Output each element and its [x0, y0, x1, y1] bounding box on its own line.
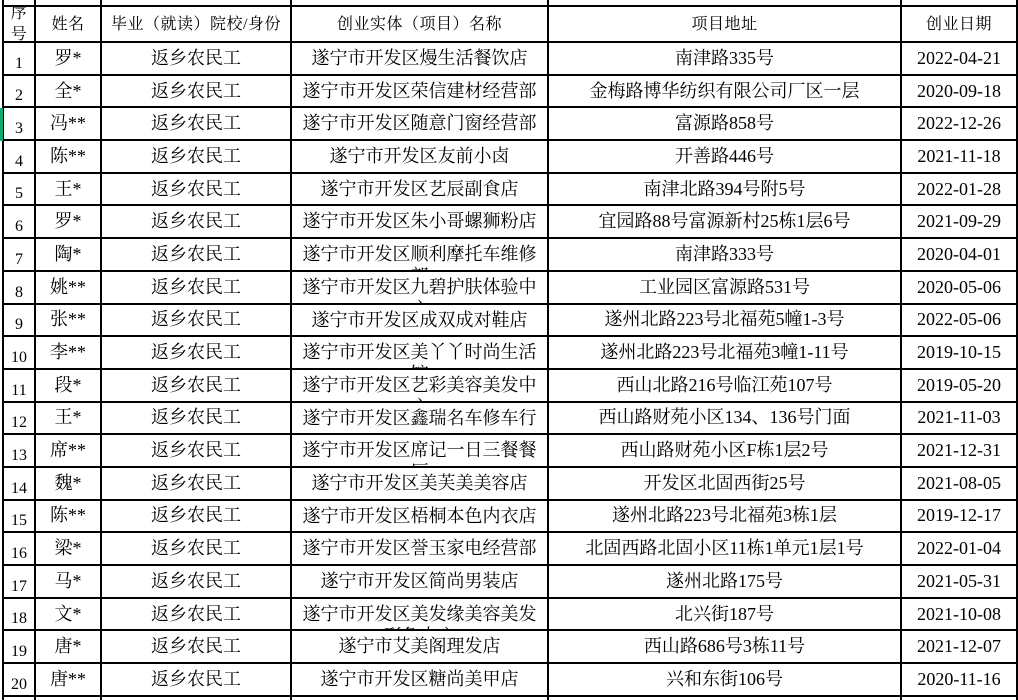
cell-index: 9: [4, 305, 36, 338]
cell-address: 北固西路北固小区11栋1单元1层1号: [549, 533, 902, 566]
cell-identity: 返乡农民工: [102, 206, 292, 239]
cell-index: 14: [4, 468, 36, 501]
cell-name: 罗*: [36, 43, 102, 76]
cell-date: 2020-05-06: [902, 272, 1018, 305]
cell-date: 2020-11-16: [902, 664, 1018, 697]
cell-identity: 返乡农民工: [102, 305, 292, 338]
cell-address: 西山路686号3栋11号: [549, 631, 902, 664]
spreadsheet-view: 序号姓名毕业（就读）院校/身份创业实体（项目）名称项目地址创业日期1罗*返乡农民…: [0, 0, 1018, 700]
table-row: 19唐*返乡农民工遂宁市艾美阁理发店西山路686号3栋11号2021-12-07: [4, 631, 1016, 664]
table-row: 14魏*返乡农民工遂宁市开发区美芙美美容店开发区北固西街25号2021-08-0…: [4, 468, 1016, 501]
cell-name: 陈**: [36, 141, 102, 174]
cell-entity: 遂宁市开发区成双成对鞋店: [292, 305, 549, 338]
table-row: 20唐**返乡农民工遂宁市开发区糖尚美甲店兴和东街106号2020-11-16: [4, 664, 1016, 697]
cell-name: 陶*: [36, 239, 102, 272]
partial-cell: [292, 0, 549, 7]
cell-address: 西山路财苑小区F栋1层2号: [549, 435, 902, 468]
cell-entity: 遂宁市开发区艺辰副食店: [292, 174, 549, 207]
cell-index: 6: [4, 206, 36, 239]
table-row: 6罗*返乡农民工遂宁市开发区朱小哥螺狮粉店宜园路88号富源新村25栋1层6号20…: [4, 206, 1016, 239]
cell-identity: 返乡农民工: [102, 533, 292, 566]
cell-address: 富源路858号: [549, 108, 902, 141]
cell-date: 2019-05-20: [902, 370, 1018, 403]
cell-entity: 遂宁市开发区糖尚美甲店: [292, 664, 549, 697]
startup-records-table: 序号姓名毕业（就读）院校/身份创业实体（项目）名称项目地址创业日期1罗*返乡农民…: [2, 0, 1016, 700]
cell-entity: 遂宁市开发区熳生活餐饮店: [292, 43, 549, 76]
table-row: 13席**返乡农民工遂宁市开发区席记一日三餐餐 厅西山路财苑小区F栋1层2号20…: [4, 435, 1016, 468]
table-row: 8姚**返乡农民工遂宁市开发区九碧护肤体验中 心工业园区富源路531号2020-…: [4, 272, 1016, 305]
cell-index: 19: [4, 631, 36, 664]
table-row: 16梁*返乡农民工遂宁市开发区誉玉家电经营部北固西路北固小区11栋1单元1层1号…: [4, 533, 1016, 566]
cell-identity: 返乡农民工: [102, 141, 292, 174]
cell-date: 2021-12-07: [902, 631, 1018, 664]
cell-index: 17: [4, 566, 36, 599]
cell-address: 开善路446号: [549, 141, 902, 174]
cell-index: 12: [4, 403, 36, 436]
partial-cell: [549, 697, 902, 700]
cell-identity: 返乡农民工: [102, 631, 292, 664]
cell-entity: 遂宁市开发区鑫瑞名车修车行: [292, 403, 549, 436]
col-header-date: 创业日期: [902, 7, 1018, 43]
cell-name: 席**: [36, 435, 102, 468]
table-row: 11段*返乡农民工遂宁市开发区艺彩美容美发中 心西山北路216号临江苑107号2…: [4, 370, 1016, 403]
cell-name: 张**: [36, 305, 102, 338]
cell-entity: 遂宁市开发区誉玉家电经营部: [292, 533, 549, 566]
cell-index: 5: [4, 174, 36, 207]
partial-row-bottom: [4, 697, 1016, 700]
cell-identity: 返乡农民工: [102, 239, 292, 272]
cell-address: 遂州北路223号北福苑3幢1-11号: [549, 337, 902, 370]
table-row: 9张**返乡农民工遂宁市开发区成双成对鞋店遂州北路223号北福苑5幢1-3号20…: [4, 305, 1016, 338]
partial-cell: [4, 0, 36, 7]
cell-entity: 遂宁市开发区梧桐本色内衣店: [292, 501, 549, 534]
cell-entity: 遂宁市开发区荣信建材经营部: [292, 76, 549, 109]
col-header-entity: 创业实体（项目）名称: [292, 7, 549, 43]
cell-date: 2021-11-18: [902, 141, 1018, 174]
cell-address: 西山北路216号临江苑107号: [549, 370, 902, 403]
cell-identity: 返乡农民工: [102, 599, 292, 632]
cell-entity: 遂宁市开发区席记一日三餐餐 厅: [292, 435, 549, 468]
cell-identity: 返乡农民工: [102, 43, 292, 76]
cell-index: 15: [4, 501, 36, 534]
col-header-name: 姓名: [36, 7, 102, 43]
partial-cell: [102, 0, 292, 7]
cell-address: 遂州北路223号北福苑5幢1-3号: [549, 305, 902, 338]
cell-index: 2: [4, 76, 36, 109]
row-selection-indicator: [0, 108, 3, 141]
cell-address: 南津路335号: [549, 43, 902, 76]
cell-date: 2022-01-04: [902, 533, 1018, 566]
table-row: 18文*返乡农民工遂宁市开发区美发缘美容美发 形象中心北兴街187号2021-1…: [4, 599, 1016, 632]
cell-date: 2021-09-29: [902, 206, 1018, 239]
table-row: 4陈**返乡农民工遂宁市开发区友前小卤开善路446号2021-11-18: [4, 141, 1016, 174]
cell-date: 2020-09-18: [902, 76, 1018, 109]
cell-date: 2021-05-31: [902, 566, 1018, 599]
partial-cell: [36, 0, 102, 7]
partial-cell: [4, 697, 36, 700]
cell-name: 王*: [36, 174, 102, 207]
cell-date: 2020-04-01: [902, 239, 1018, 272]
cell-entity: 遂宁市开发区朱小哥螺狮粉店: [292, 206, 549, 239]
cell-address: 南津北路394号附5号: [549, 174, 902, 207]
cell-name: 唐*: [36, 631, 102, 664]
cell-name: 陈**: [36, 501, 102, 534]
cell-identity: 返乡农民工: [102, 566, 292, 599]
cell-identity: 返乡农民工: [102, 501, 292, 534]
cell-name: 魏*: [36, 468, 102, 501]
cell-date: 2021-12-31: [902, 435, 1018, 468]
cell-entity: 遂宁市开发区美丫丫时尚生活 馆: [292, 337, 549, 370]
cell-date: 2022-12-26: [902, 108, 1018, 141]
table-row: 5王*返乡农民工遂宁市开发区艺辰副食店南津北路394号附5号2022-01-28: [4, 174, 1016, 207]
partial-cell: [292, 697, 549, 700]
cell-identity: 返乡农民工: [102, 272, 292, 305]
cell-name: 姚**: [36, 272, 102, 305]
cell-name: 梁*: [36, 533, 102, 566]
table-row: 12王*返乡农民工遂宁市开发区鑫瑞名车修车行西山路财苑小区134、136号门面2…: [4, 403, 1016, 436]
partial-cell: [36, 697, 102, 700]
partial-cell: [902, 0, 1018, 7]
cell-entity: 遂宁市艾美阁理发店: [292, 631, 549, 664]
cell-date: 2022-05-06: [902, 305, 1018, 338]
cell-index: 4: [4, 141, 36, 174]
cell-address: 遂州北路175号: [549, 566, 902, 599]
col-header-identity: 毕业（就读）院校/身份: [102, 7, 292, 43]
cell-entity: 遂宁市开发区友前小卤: [292, 141, 549, 174]
cell-identity: 返乡农民工: [102, 174, 292, 207]
cell-entity: 遂宁市开发区随意门窗经营部: [292, 108, 549, 141]
cell-entity: 遂宁市开发区简尚男装店: [292, 566, 549, 599]
cell-index: 13: [4, 435, 36, 468]
cell-date: 2019-10-15: [902, 337, 1018, 370]
cell-identity: 返乡农民工: [102, 108, 292, 141]
cell-name: 李**: [36, 337, 102, 370]
cell-index: 11: [4, 370, 36, 403]
cell-address: 遂州北路223号北福苑3栋1层: [549, 501, 902, 534]
cell-date: 2021-11-03: [902, 403, 1018, 436]
table-header-row: 序号姓名毕业（就读）院校/身份创业实体（项目）名称项目地址创业日期: [4, 7, 1016, 43]
cell-index: 7: [4, 239, 36, 272]
table-row: 17马*返乡农民工遂宁市开发区简尚男装店遂州北路175号2021-05-31: [4, 566, 1016, 599]
partial-cell: [102, 697, 292, 700]
cell-identity: 返乡农民工: [102, 370, 292, 403]
table-row: 10李**返乡农民工遂宁市开发区美丫丫时尚生活 馆遂州北路223号北福苑3幢1-…: [4, 337, 1016, 370]
cell-name: 文*: [36, 599, 102, 632]
cell-address: 宜园路88号富源新村25栋1层6号: [549, 206, 902, 239]
cell-address: 金梅路博华纺织有限公司厂区一层: [549, 76, 902, 109]
cell-name: 马*: [36, 566, 102, 599]
cell-entity: 遂宁市开发区顺利摩托车维修 部: [292, 239, 549, 272]
cell-address: 北兴街187号: [549, 599, 902, 632]
cell-name: 罗*: [36, 206, 102, 239]
partial-row-top: [4, 0, 1016, 7]
partial-cell: [902, 697, 1018, 700]
cell-index: 1: [4, 43, 36, 76]
cell-name: 冯**: [36, 108, 102, 141]
cell-entity: 遂宁市开发区美发缘美容美发 形象中心: [292, 599, 549, 632]
cell-index: 16: [4, 533, 36, 566]
cell-name: 段*: [36, 370, 102, 403]
cell-index: 3: [4, 108, 36, 141]
cell-identity: 返乡农民工: [102, 468, 292, 501]
cell-entity: 遂宁市开发区美芙美美容店: [292, 468, 549, 501]
cell-date: 2022-04-21: [902, 43, 1018, 76]
cell-name: 全*: [36, 76, 102, 109]
cell-index: 10: [4, 337, 36, 370]
cell-index: 18: [4, 599, 36, 632]
cell-date: 2022-01-28: [902, 174, 1018, 207]
cell-date: 2021-08-05: [902, 468, 1018, 501]
partial-cell: [549, 0, 902, 7]
cell-address: 南津路333号: [549, 239, 902, 272]
cell-identity: 返乡农民工: [102, 337, 292, 370]
cell-address: 西山路财苑小区134、136号门面: [549, 403, 902, 436]
cell-address: 开发区北固西街25号: [549, 468, 902, 501]
cell-index: 20: [4, 664, 36, 697]
cell-name: 唐**: [36, 664, 102, 697]
table-row: 7陶*返乡农民工遂宁市开发区顺利摩托车维修 部南津路333号2020-04-01: [4, 239, 1016, 272]
table-row: 1罗*返乡农民工遂宁市开发区熳生活餐饮店南津路335号2022-04-21: [4, 43, 1016, 76]
cell-name: 王*: [36, 403, 102, 436]
cell-identity: 返乡农民工: [102, 664, 292, 697]
cell-entity: 遂宁市开发区艺彩美容美发中 心: [292, 370, 549, 403]
cell-date: 2021-10-08: [902, 599, 1018, 632]
cell-identity: 返乡农民工: [102, 76, 292, 109]
col-header-index: 序号: [4, 7, 36, 43]
table-row: 15陈**返乡农民工遂宁市开发区梧桐本色内衣店遂州北路223号北福苑3栋1层20…: [4, 501, 1016, 534]
cell-identity: 返乡农民工: [102, 435, 292, 468]
cell-entity: 遂宁市开发区九碧护肤体验中 心: [292, 272, 549, 305]
cell-date: 2019-12-17: [902, 501, 1018, 534]
cell-address: 工业园区富源路531号: [549, 272, 902, 305]
col-header-address: 项目地址: [549, 7, 902, 43]
table-row: 3冯**返乡农民工遂宁市开发区随意门窗经营部富源路858号2022-12-26: [4, 108, 1016, 141]
table-row: 2全*返乡农民工遂宁市开发区荣信建材经营部金梅路博华纺织有限公司厂区一层2020…: [4, 76, 1016, 109]
cell-identity: 返乡农民工: [102, 403, 292, 436]
cell-index: 8: [4, 272, 36, 305]
cell-address: 兴和东街106号: [549, 664, 902, 697]
